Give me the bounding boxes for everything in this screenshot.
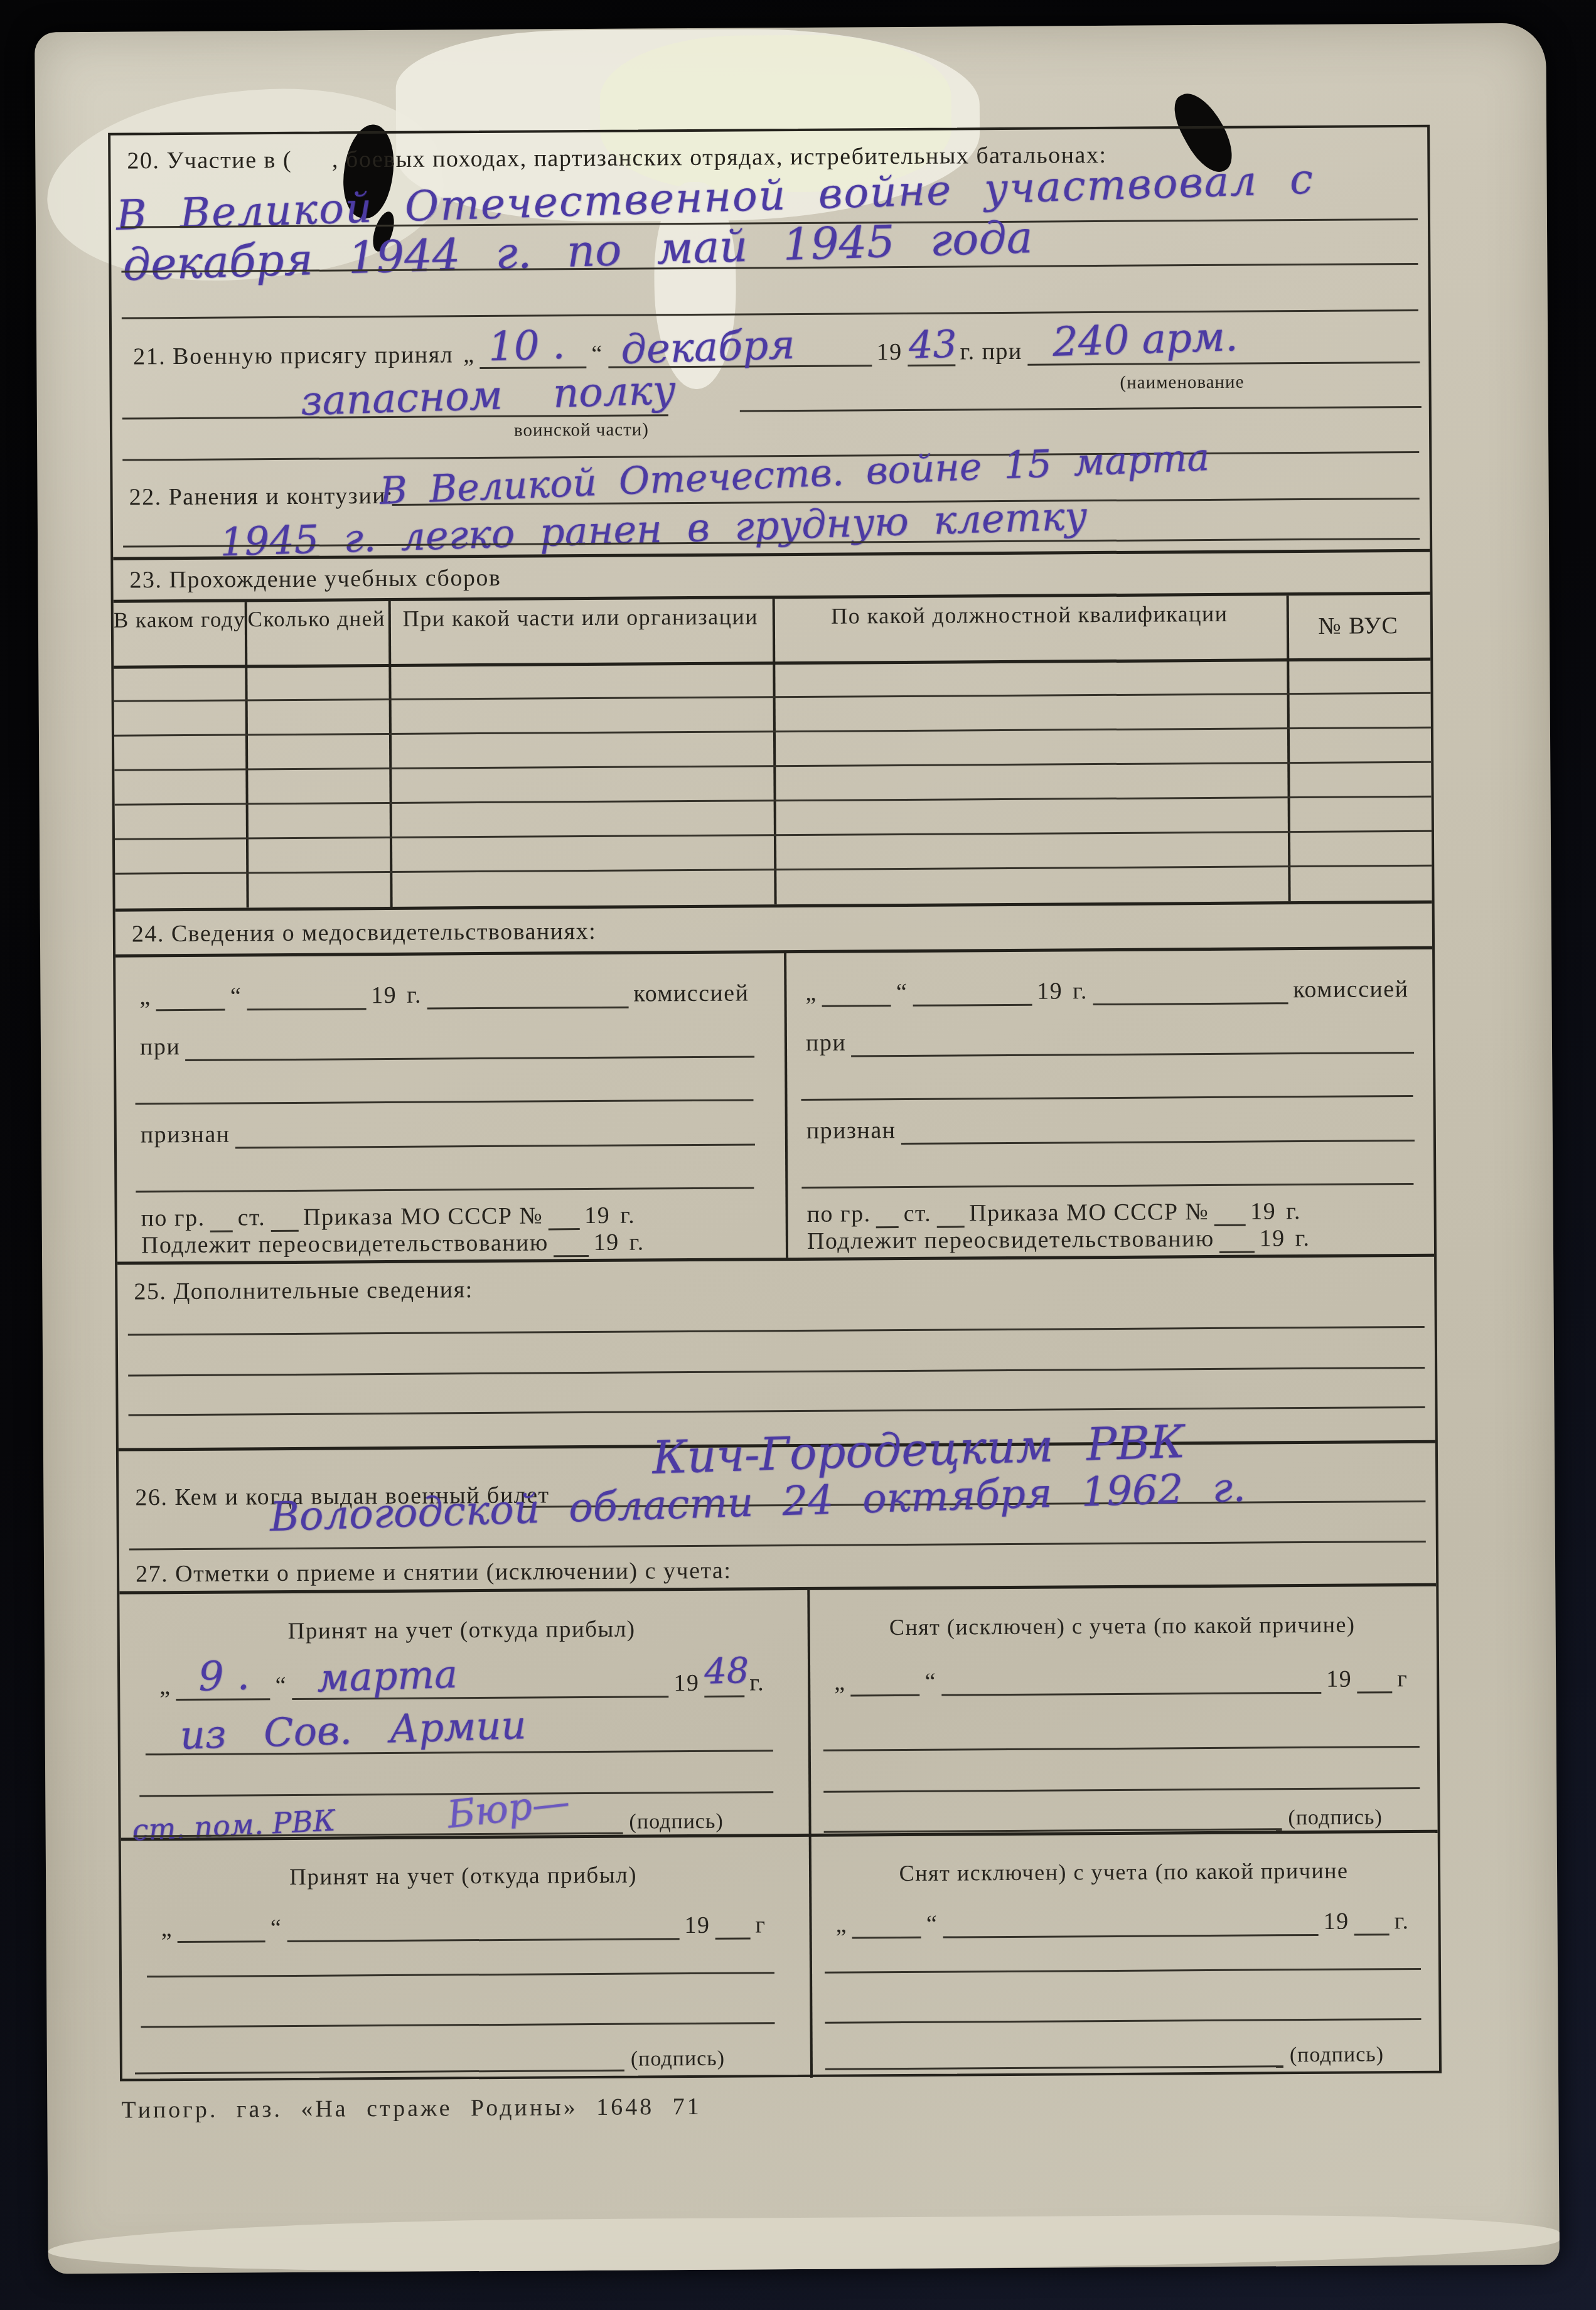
year-g: г. bbox=[749, 1669, 764, 1697]
medical-order-row: по гр. ст. Приказа МО СССР № 19 г. bbox=[136, 1201, 756, 1233]
close-quote: “ bbox=[896, 979, 908, 1007]
medical-column-right: „ “ 19 г. комиссией при признан bbox=[784, 949, 1434, 1258]
document-paper: 20. Участие в (, боевых походах, партиза… bbox=[35, 23, 1560, 2274]
close-quote: “ bbox=[230, 983, 242, 1010]
removed-header-2: Снят исключен) с учета (по какой причине bbox=[818, 1858, 1430, 1887]
po-gr-label: по гр. bbox=[807, 1200, 871, 1228]
handwriting-accept-from: из Сов. Армии bbox=[179, 1702, 527, 1758]
year-g: г. bbox=[407, 982, 422, 1010]
open-quote: „ bbox=[161, 1915, 173, 1943]
medical-exams-box: „ “ 19 г. комиссией при признан bbox=[115, 946, 1434, 1265]
blank-segment bbox=[287, 1919, 679, 1942]
year-prefix: 19 bbox=[673, 1670, 699, 1698]
table-header-unit: При какой части или организации bbox=[388, 604, 773, 632]
section-20-label-prefix: 20. Участие в ( bbox=[127, 147, 292, 174]
medical-pri-row: при bbox=[801, 1026, 1414, 1057]
section-25-label: 25. Дополнительные сведения: bbox=[134, 1276, 473, 1306]
podlezhit-label: Подлежит переосвидетельствованию bbox=[141, 1229, 549, 1259]
year-prefix: 19 bbox=[1326, 1666, 1352, 1694]
ruled-line bbox=[147, 1972, 774, 1977]
close-quote: “ bbox=[926, 1911, 938, 1938]
st-label: ст. bbox=[237, 1204, 265, 1232]
year-prefix: 19 bbox=[584, 1202, 610, 1230]
form-border-frame: 20. Участие в (, боевых походах, партиза… bbox=[108, 125, 1442, 2082]
blank-segment bbox=[1354, 1915, 1390, 1935]
medical-priznan-row: признан bbox=[801, 1114, 1415, 1145]
podpis-caption: (подпись) bbox=[629, 1809, 723, 1834]
blank-segment bbox=[1214, 1205, 1245, 1226]
commission-label: комиссией bbox=[633, 980, 749, 1008]
podlezhit-label: Подлежит переосвидетельствованию bbox=[807, 1226, 1214, 1256]
table-column-separator bbox=[245, 602, 249, 907]
section-22-label: 22. Ранения и контузии: bbox=[129, 483, 394, 511]
blank-segment bbox=[178, 1922, 265, 1943]
table-header-qualification: По какой должностной квалификации bbox=[773, 601, 1287, 629]
year-prefix: 19 bbox=[684, 1912, 710, 1940]
handwriting-accept-month: марта bbox=[316, 1650, 458, 1701]
blank-segment bbox=[210, 1211, 233, 1232]
ruled-line bbox=[801, 1095, 1413, 1101]
open-quote: „ bbox=[835, 1912, 847, 1939]
year-prefix: 19 bbox=[877, 339, 902, 366]
ruled-line bbox=[135, 2070, 624, 2075]
year-g: г. bbox=[1286, 1198, 1301, 1226]
blank-segment bbox=[554, 1236, 589, 1257]
medical-order-row: по гр. ст. Приказа МО СССР № 19 г. bbox=[802, 1197, 1415, 1229]
table-header-year: В каком году bbox=[114, 607, 245, 633]
year-g: г bbox=[755, 1912, 766, 1939]
accepted-header-2: Принят на учет (откуда прибыл) bbox=[146, 1861, 780, 1892]
accepted-date-row-2: „ “ 19 г bbox=[156, 1912, 771, 1943]
blank-segment: 10 . bbox=[479, 348, 586, 369]
training-camps-table: В каком году Сколько дней При какой част… bbox=[114, 592, 1432, 912]
handwriting-oath-day: 10 . bbox=[488, 321, 565, 370]
accepted-header: Принят на учет (откуда прибыл) bbox=[145, 1615, 779, 1646]
ruled-line bbox=[823, 1746, 1420, 1751]
table-header-days: Сколько дней bbox=[245, 606, 388, 633]
prikaz-label: Приказа МО СССР № bbox=[303, 1202, 543, 1231]
podpis-caption: (подпись) bbox=[1290, 2042, 1384, 2067]
blank-segment bbox=[1357, 1672, 1392, 1693]
blank-segment bbox=[715, 1918, 750, 1939]
open-quote: „ bbox=[805, 980, 817, 1007]
table-column-separator bbox=[388, 601, 393, 907]
scanned-document-photo: { "colors":{"background":"#0b0c12","pape… bbox=[0, 0, 1596, 2310]
po-gr-label: по гр. bbox=[141, 1205, 205, 1233]
pri-label: при bbox=[140, 1034, 180, 1061]
blank-segment: декабря bbox=[608, 346, 872, 368]
table-header-vus: № ВУС bbox=[1287, 612, 1430, 641]
ruled-line bbox=[825, 2018, 1422, 2024]
blank-segment bbox=[427, 987, 629, 1009]
blank-segment bbox=[936, 1207, 964, 1227]
blank-segment bbox=[943, 1915, 1319, 1938]
medical-priznan-row: признан bbox=[136, 1118, 755, 1149]
year-g: г. bbox=[1295, 1225, 1310, 1253]
medical-date-row: „ “ 19 г. комиссией bbox=[134, 980, 754, 1011]
close-quote: “ bbox=[591, 341, 603, 368]
close-quote: “ bbox=[270, 1915, 282, 1942]
blank-segment: 43 bbox=[908, 345, 955, 366]
blank-segment bbox=[901, 1121, 1414, 1145]
medical-reexam-row: Подлежит переосвидетельствованию 19 г. bbox=[802, 1224, 1415, 1256]
table-column-separator bbox=[773, 599, 777, 904]
year-prefix: 19 bbox=[1260, 1225, 1285, 1253]
year-suffix: г. при bbox=[960, 338, 1022, 366]
section-21-oath-row: 21. Военную присягу принял „ 10 . “ дека… bbox=[128, 336, 1420, 371]
ruled-line bbox=[128, 1326, 1425, 1336]
registration-table: Принят на учет (откуда прибыл) „ 9 . “ м… bbox=[119, 1583, 1439, 2082]
blank-segment bbox=[913, 985, 1032, 1006]
blank-segment bbox=[156, 990, 225, 1011]
section-27-label: 27. Отметки о приеме и снятии (исключени… bbox=[136, 1558, 732, 1588]
handwriting-accept-day: 9 . bbox=[198, 1652, 250, 1700]
ruled-line bbox=[801, 1183, 1413, 1189]
year-prefix: 19 bbox=[594, 1229, 619, 1257]
blank-segment: 9 . bbox=[176, 1679, 270, 1701]
medical-reexam-row: Подлежит переосвидетельствованию 19 г. bbox=[136, 1228, 756, 1259]
handwriting-oath-unit: 240 арм. bbox=[1052, 314, 1238, 366]
medical-pri-row: при bbox=[135, 1030, 754, 1061]
priznan-label: признан bbox=[806, 1117, 896, 1145]
open-quote: „ bbox=[139, 983, 151, 1011]
year-g: г. bbox=[629, 1229, 645, 1256]
year-g: г bbox=[1397, 1666, 1408, 1693]
ruled-line bbox=[136, 1099, 754, 1104]
removed-date-row-2: „ “ 19 г. bbox=[830, 1908, 1414, 1938]
ruled-line bbox=[740, 406, 1422, 412]
year-prefix: 19 bbox=[1324, 1908, 1349, 1936]
close-quote: “ bbox=[275, 1672, 287, 1700]
open-quote: „ bbox=[834, 1669, 846, 1697]
prikaz-label: Приказа МО СССР № bbox=[969, 1199, 1209, 1227]
accepted-date-row: „ 9 . “ марта 19 48 г. bbox=[154, 1669, 769, 1701]
commission-label: комиссией bbox=[1293, 976, 1408, 1004]
blank-segment bbox=[852, 1918, 921, 1939]
blank-segment bbox=[851, 1676, 920, 1697]
priznan-label: признан bbox=[141, 1121, 230, 1150]
pri-label: при bbox=[806, 1030, 846, 1057]
handwriting-official-title: ст. пом. РВК bbox=[131, 1803, 336, 1847]
close-quote: “ bbox=[924, 1669, 936, 1696]
open-quote: „ bbox=[159, 1673, 171, 1701]
table-column-separator bbox=[1287, 596, 1291, 901]
blank-segment bbox=[876, 1207, 898, 1228]
open-quote: „ bbox=[463, 341, 475, 369]
ruled-line bbox=[136, 1187, 754, 1192]
ruled-line bbox=[129, 1541, 1426, 1551]
section-21-label: 21. Военную присягу принял bbox=[133, 341, 453, 371]
year-g: г. bbox=[1073, 978, 1088, 1005]
caption-voinskoy-chasti: воинской части) bbox=[514, 419, 649, 441]
blank-segment bbox=[548, 1209, 579, 1230]
blank-segment bbox=[235, 1125, 755, 1148]
removed-date-row: „ “ 19 г bbox=[829, 1666, 1413, 1696]
blank-segment bbox=[941, 1673, 1321, 1696]
medical-column-left: „ “ 19 г. комиссией при признан bbox=[115, 953, 786, 1261]
torn-bottom-edge bbox=[48, 2213, 1559, 2274]
print-shop-imprint: Типогр. газ. «На страже Родины» 1648 71 bbox=[121, 2093, 702, 2124]
ruled-line bbox=[825, 2065, 1283, 2070]
blank-segment: марта bbox=[292, 1677, 669, 1700]
year-g: г. bbox=[620, 1202, 635, 1230]
blank-segment bbox=[185, 1037, 754, 1061]
caption-naimenovanie: (наименование bbox=[1120, 372, 1244, 394]
removed-header: Снят (исключен) с учета (по какой причин… bbox=[817, 1612, 1428, 1641]
blank-segment bbox=[851, 1033, 1414, 1057]
ruled-line bbox=[823, 1787, 1420, 1793]
year-prefix: 19 bbox=[371, 982, 397, 1010]
medical-date-row: „ “ 19 г. комиссией bbox=[800, 976, 1413, 1007]
podpis-caption: (подпись) bbox=[1288, 1805, 1382, 1830]
ruled-line bbox=[129, 1406, 1425, 1416]
section-23-label: 23. Прохождение учебных сборов bbox=[129, 565, 501, 594]
year-g: г. bbox=[1395, 1908, 1410, 1935]
podpis-caption: (подпись) bbox=[631, 2046, 725, 2072]
blank-segment bbox=[822, 986, 891, 1007]
blank-segment: 240 арм. bbox=[1027, 343, 1420, 366]
ruled-line bbox=[825, 1968, 1421, 1974]
year-prefix: 19 bbox=[1250, 1198, 1276, 1226]
handwriting-accept-year: 48 bbox=[704, 1650, 749, 1692]
handwriting-oath-year: 43 bbox=[908, 322, 957, 367]
blank-segment bbox=[1093, 983, 1288, 1005]
blank-segment bbox=[247, 989, 366, 1010]
handwriting-signature: Бюр— bbox=[445, 1780, 572, 1837]
handwriting-oath-month: декабря bbox=[620, 321, 795, 373]
blank-segment: 48 bbox=[704, 1676, 744, 1697]
year-prefix: 19 bbox=[1037, 978, 1063, 1005]
blank-segment bbox=[1219, 1232, 1255, 1253]
ruled-line bbox=[141, 2022, 775, 2028]
ruled-line bbox=[128, 1367, 1425, 1377]
section-24-label: 24. Сведения о медосвидетельствованиях: bbox=[132, 918, 597, 948]
st-label: ст. bbox=[903, 1200, 931, 1228]
blank-segment bbox=[270, 1211, 298, 1232]
